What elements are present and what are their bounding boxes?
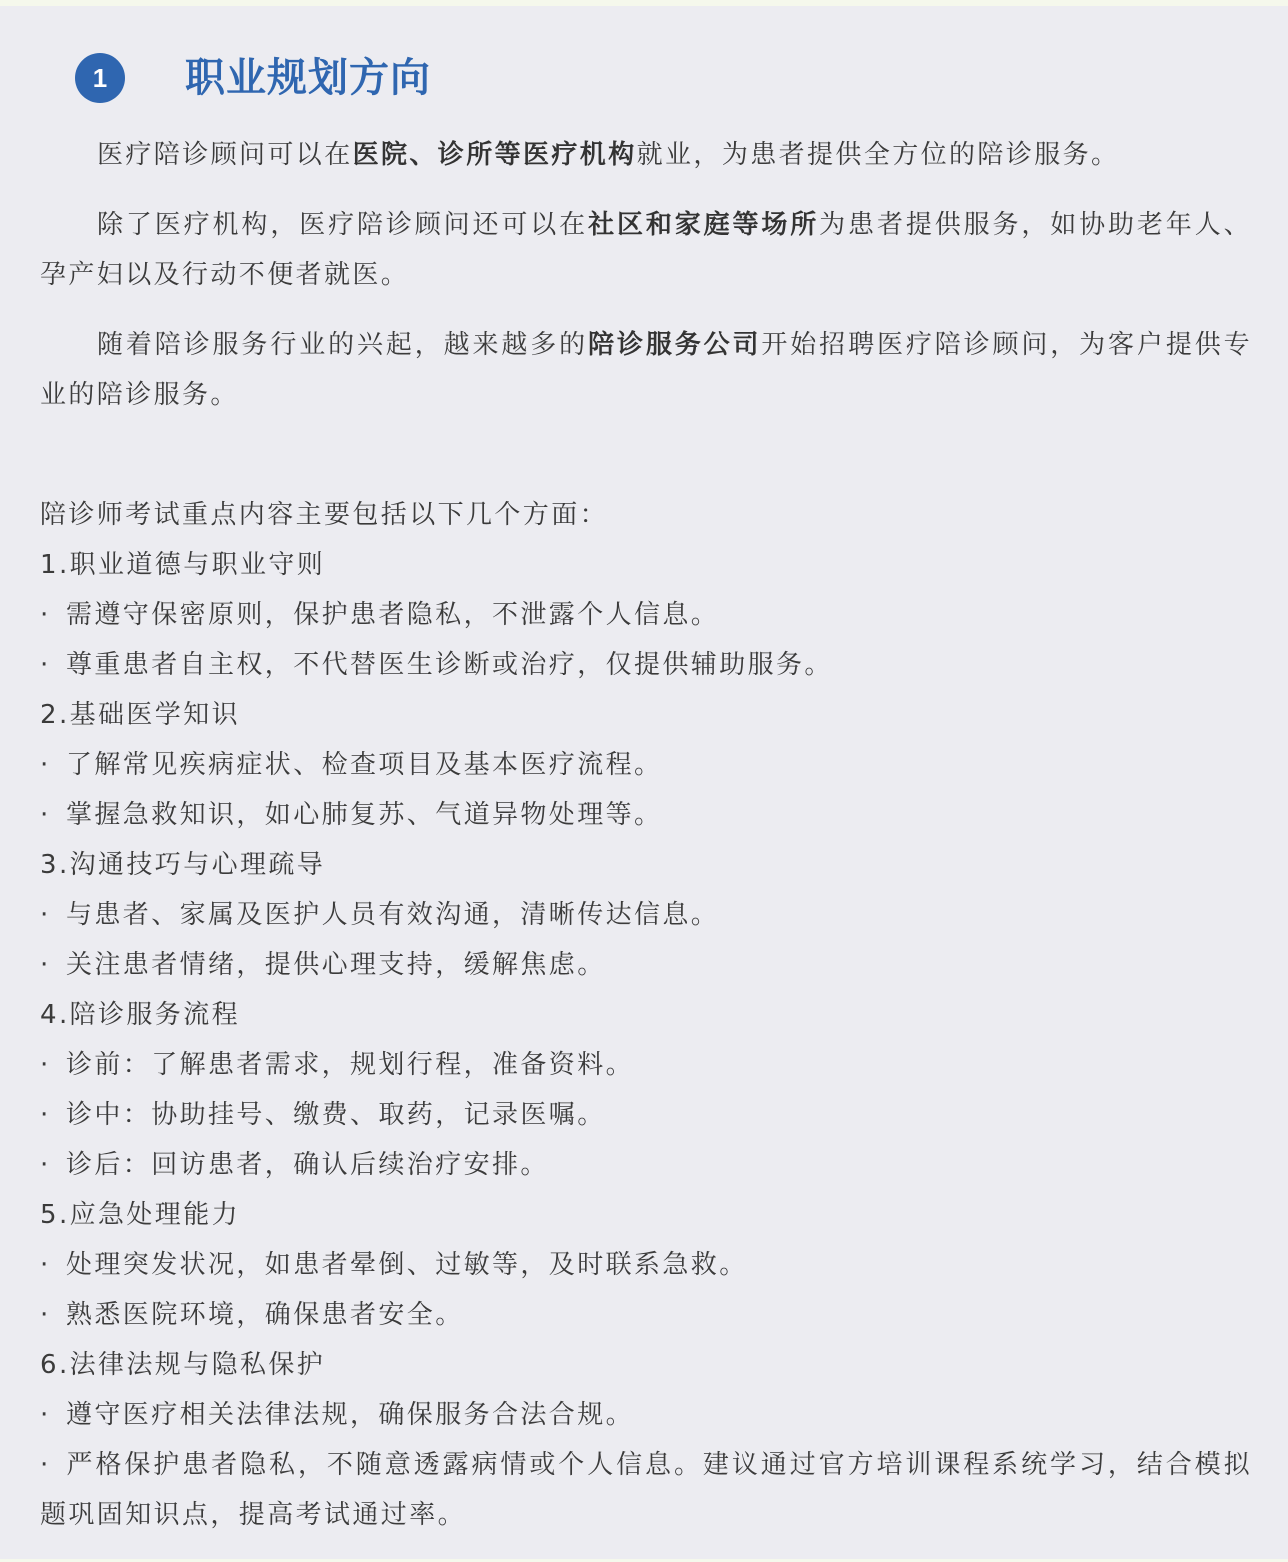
spacer [40, 440, 1252, 490]
list-item: ·与患者、家属及医护人员有效沟通，清晰传达信息。 [40, 890, 1252, 940]
bullet-icon: · [40, 1240, 66, 1290]
section-header: 1 职业规划方向 [0, 0, 1288, 130]
list-item-text: 尊重患者自主权，不代替医生诊断或治疗，仅提供辅助服务。 [66, 650, 833, 680]
exam-section-heading: 2.基础医学知识 [40, 690, 1252, 740]
exam-section-emergency: 5.应急处理能力 ·处理突发状况，如患者晕倒、过敏等，及时联系急救。 ·熟悉医院… [40, 1190, 1252, 1340]
bullet-icon: · [40, 940, 66, 990]
list-item: ·掌握急救知识，如心肺复苏、气道异物处理等。 [40, 790, 1252, 840]
list-item-text: 诊前：了解患者需求，规划行程，准备资料。 [66, 1050, 634, 1080]
section-number-badge: 1 [75, 53, 125, 103]
list-item: ·诊中：协助挂号、缴费、取药，记录医嘱。 [40, 1090, 1252, 1140]
article-body: 医疗陪诊顾问可以在医院、诊所等医疗机构就业，为患者提供全方位的陪诊服务。 除了医… [40, 130, 1252, 1540]
list-item-text: 处理突发状况，如患者晕倒、过敏等，及时联系急救。 [66, 1250, 748, 1280]
paragraph-highlight: 医院、诊所等医疗机构 [353, 140, 637, 170]
bullet-icon: · [40, 1090, 66, 1140]
exam-section-communication: 3.沟通技巧与心理疏导 ·与患者、家属及医护人员有效沟通，清晰传达信息。 ·关注… [40, 840, 1252, 990]
exam-intro: 陪诊师考试重点内容主要包括以下几个方面： [40, 490, 1252, 540]
bullet-icon: · [40, 1390, 66, 1440]
bullet-icon: · [40, 740, 66, 790]
bullet-icon: · [40, 590, 66, 640]
exam-section-service-process: 4.陪诊服务流程 ·诊前：了解患者需求，规划行程，准备资料。 ·诊中：协助挂号、… [40, 990, 1252, 1190]
list-item-text: 了解常见疾病症状、检查项目及基本医疗流程。 [66, 750, 662, 780]
list-item: ·熟悉医院环境，确保患者安全。 [40, 1290, 1252, 1340]
list-item-text: 与患者、家属及医护人员有效沟通，清晰传达信息。 [66, 900, 719, 930]
list-item-text: 熟悉医院环境，确保患者安全。 [66, 1300, 464, 1330]
list-item: ·诊后：回访患者，确认后续治疗安排。 [40, 1140, 1252, 1190]
exam-section-ethics: 1.职业道德与职业守则 ·需遵守保密原则，保护患者隐私，不泄露个人信息。 ·尊重… [40, 540, 1252, 690]
list-item: ·遵守医疗相关法律法规，确保服务合法合规。 [40, 1390, 1252, 1440]
bullet-icon: · [40, 790, 66, 840]
bullet-icon: · [40, 1440, 66, 1490]
paragraph-text: 就业，为患者提供全方位的陪诊服务。 [637, 140, 1120, 170]
list-item: ·了解常见疾病症状、检查项目及基本医疗流程。 [40, 740, 1252, 790]
paragraph-highlight: 社区和家庭等场所 [588, 210, 819, 240]
list-item-text: 诊后：回访患者，确认后续治疗安排。 [66, 1150, 549, 1180]
list-item: ·尊重患者自主权，不代替医生诊断或治疗，仅提供辅助服务。 [40, 640, 1252, 690]
list-item: ·严格保护患者隐私，不随意透露病情或个人信息。建议通过官方培训课程系统学习，结合… [40, 1440, 1252, 1540]
bullet-icon: · [40, 890, 66, 940]
exam-section-heading: 4.陪诊服务流程 [40, 990, 1252, 1040]
list-item-text: 诊中：协助挂号、缴费、取药，记录医嘱。 [66, 1100, 606, 1130]
exam-section-heading: 5.应急处理能力 [40, 1190, 1252, 1240]
paragraph-community-family: 除了医疗机构，医疗陪诊顾问还可以在社区和家庭等场所为患者提供服务，如协助老年人、… [40, 200, 1252, 300]
section-title: 职业规划方向 [185, 52, 431, 104]
list-item: ·关注患者情绪，提供心理支持，缓解焦虑。 [40, 940, 1252, 990]
list-item-text: 关注患者情绪，提供心理支持，缓解焦虑。 [66, 950, 606, 980]
paragraph-text: 除了医疗机构，医疗陪诊顾问还可以在 [97, 210, 588, 240]
list-item-text: 掌握急救知识，如心肺复苏、气道异物处理等。 [66, 800, 662, 830]
list-item: ·需遵守保密原则，保护患者隐私，不泄露个人信息。 [40, 590, 1252, 640]
list-item-text: 需遵守保密原则，保护患者隐私，不泄露个人信息。 [66, 600, 719, 630]
bullet-icon: · [40, 640, 66, 690]
paragraph-highlight: 陪诊服务公司 [588, 330, 761, 360]
list-item-text: 遵守医疗相关法律法规，确保服务合法合规。 [66, 1400, 634, 1430]
exam-section-medical-knowledge: 2.基础医学知识 ·了解常见疾病症状、检查项目及基本医疗流程。 ·掌握急救知识，… [40, 690, 1252, 840]
list-item: ·诊前：了解患者需求，规划行程，准备资料。 [40, 1040, 1252, 1090]
paragraph-employment-institutions: 医疗陪诊顾问可以在医院、诊所等医疗机构就业，为患者提供全方位的陪诊服务。 [40, 130, 1252, 180]
exam-section-heading: 6.法律法规与隐私保护 [40, 1340, 1252, 1390]
exam-section-heading: 1.职业道德与职业守则 [40, 540, 1252, 590]
exam-section-heading: 3.沟通技巧与心理疏导 [40, 840, 1252, 890]
bullet-icon: · [40, 1140, 66, 1190]
bullet-icon: · [40, 1040, 66, 1090]
paragraph-text: 医疗陪诊顾问可以在 [97, 140, 353, 170]
paragraph-text: 随着陪诊服务行业的兴起，越来越多的 [97, 330, 588, 360]
list-item-text: 严格保护患者隐私，不随意透露病情或个人信息。建议通过官方培训课程系统学习，结合模… [40, 1450, 1252, 1530]
bullet-icon: · [40, 1290, 66, 1340]
exam-section-law-privacy: 6.法律法规与隐私保护 ·遵守医疗相关法律法规，确保服务合法合规。 ·严格保护患… [40, 1340, 1252, 1540]
paragraph-service-companies: 随着陪诊服务行业的兴起，越来越多的陪诊服务公司开始招聘医疗陪诊顾问，为客户提供专… [40, 320, 1252, 420]
list-item: ·处理突发状况，如患者晕倒、过敏等，及时联系急救。 [40, 1240, 1252, 1290]
